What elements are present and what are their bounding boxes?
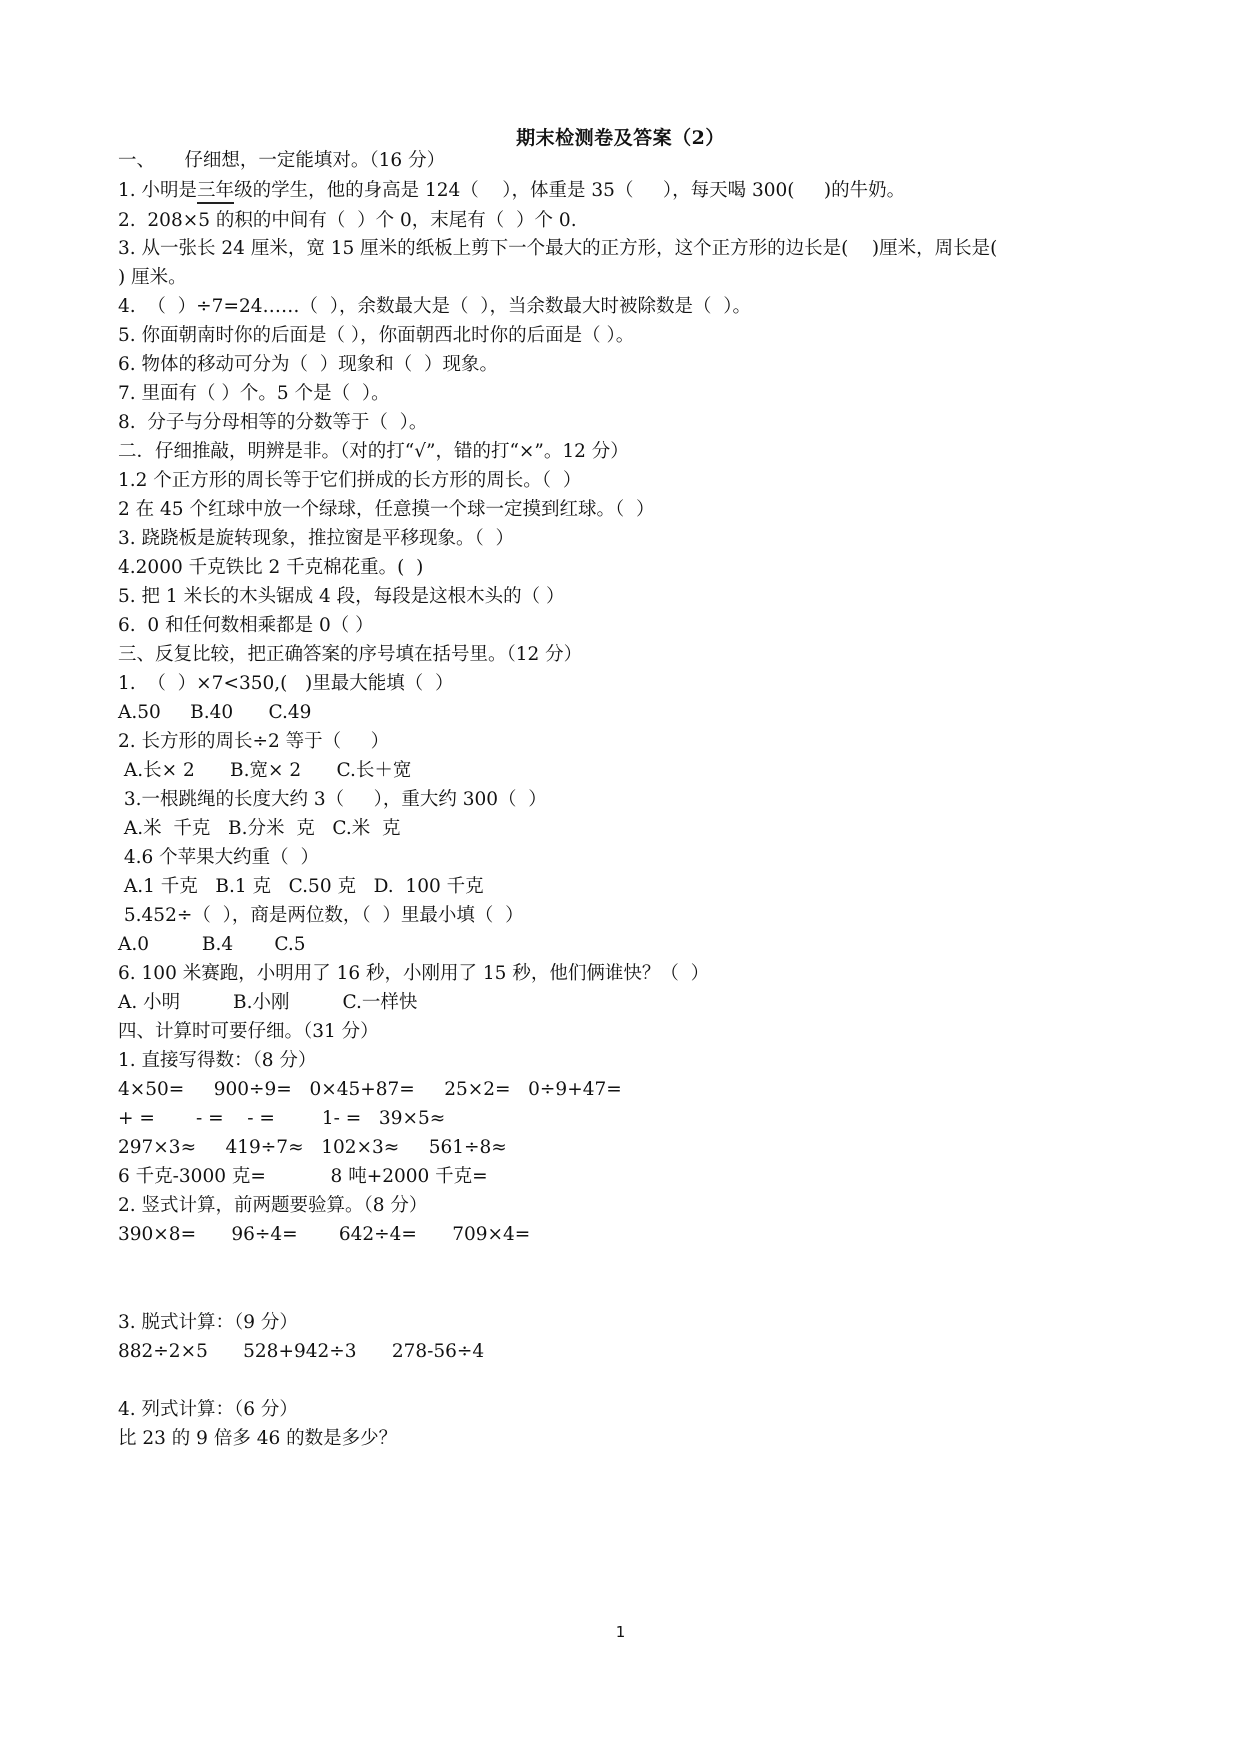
section3-line: 4.6 个苹果大约重（ ） bbox=[118, 847, 319, 869]
section3-line: 3.一根跳绳的长度大约 3（ ），重大约 300（ ） bbox=[118, 789, 547, 811]
document-title: 期末检测卷及答案（2） bbox=[0, 123, 1241, 150]
section3-line: A.1 千克 B.1 克 C.50 克 D. 100 千克 bbox=[118, 876, 484, 898]
section2-item: 3. 跷跷板是旋转现象，推拉窗是平移现象。（ ） bbox=[118, 528, 514, 550]
section3-line: A.0 B.4 C.5 bbox=[118, 934, 306, 956]
section3-line: A.50 B.40 C.49 bbox=[118, 702, 311, 724]
section3-line: 1. （ ）×7<350,( )里最大能填（ ） bbox=[118, 673, 453, 695]
section3-line: 5.452÷（ ），商是两位数，（ ）里最小填（ ） bbox=[118, 905, 524, 927]
section4-part4-line: 比 23 的 9 倍多 46 的数是多少？ bbox=[118, 1428, 397, 1450]
section1-q8: 8. 分子与分母相等的分数等于（ ）。 bbox=[118, 412, 427, 434]
section1-q3-line1: 3. 从一张长 24 厘米，宽 15 厘米的纸板上剪下一个最大的正方形，这个正方… bbox=[118, 238, 997, 260]
q1-prefix: 1. 小明是 bbox=[118, 180, 197, 201]
section4-part4-heading: 4. 列式计算：（6 分） bbox=[118, 1399, 298, 1421]
section1-q7: 7. 里面有（ ）个。5 个是（ ）。 bbox=[118, 383, 390, 405]
section3-line: A.长× 2 B.宽× 2 C.长＋宽 bbox=[118, 760, 411, 782]
section1-q6: 6. 物体的移动可分为（ ）现象和（ ）现象。 bbox=[118, 354, 498, 376]
section4-part1-line: 4×50= 900÷9= 0×45+87= 25×2= 0÷9+47= bbox=[118, 1079, 622, 1101]
section4-part2-heading: 2. 竖式计算，前两题要验算。（8 分） bbox=[118, 1195, 427, 1217]
section4-part3-heading: 3. 脱式计算：（9 分） bbox=[118, 1312, 298, 1334]
section3-line: A.米 千克 B.分米 克 C.米 克 bbox=[118, 818, 401, 840]
exam-page: 期末检测卷及答案（2） 一、 仔细想，一定能填对。（16 分） 1. 小明是三年… bbox=[0, 0, 1241, 1754]
section2-item: 5. 把 1 米长的木头锯成 4 段，每段是这根木头的（ ） bbox=[118, 586, 564, 608]
section4-part1-heading: 1. 直接写得数：（8 分） bbox=[118, 1050, 316, 1072]
section1-q1: 1. 小明是三年级的学生，他的身高是 124（ ），体重是 35（ ），每天喝 … bbox=[118, 180, 905, 202]
q1-suffix: 级的学生，他的身高是 124（ ），体重是 35（ ），每天喝 300( )的牛… bbox=[234, 180, 905, 201]
section3-line: 6. 100 米赛跑，小明用了 16 秒，小刚用了 15 秒，他们俩谁快？（ ） bbox=[118, 963, 709, 985]
section3-heading: 三、反复比较，把正确答案的序号填在括号里。（12 分） bbox=[118, 644, 582, 666]
section2-heading: 二．仔细推敲，明辨是非。（对的打“√”，错的打“×”。12 分） bbox=[118, 441, 629, 463]
section2-item: 6. 0 和任何数相乘都是 0（ ） bbox=[118, 615, 374, 637]
section4-part3-line: 882÷2×5 528+942÷3 278-56÷4 bbox=[118, 1341, 484, 1363]
q1-underlined-grade: 三年 bbox=[197, 180, 234, 204]
section3-line: A. 小明 B.小刚 C.一样快 bbox=[118, 992, 417, 1014]
section1-heading: 一、 仔细想，一定能填对。（16 分） bbox=[118, 150, 445, 172]
section1-q3-line2: ) 厘米。 bbox=[118, 267, 187, 289]
section1-q2: 2. 208×5 的积的中间有（ ）个 0，末尾有（ ）个 0. bbox=[118, 210, 577, 232]
section4-part1-line: 6 千克-3000 克= 8 吨+2000 千克= bbox=[118, 1166, 488, 1188]
section4-part1-line: 297×3≈ 419÷7≈ 102×3≈ 561÷8≈ bbox=[118, 1137, 507, 1159]
section1-q4: 4. （ ）÷7=24……（ ），余数最大是（ ），当余数最大时被除数是（ ）。 bbox=[118, 296, 751, 318]
section2-item: 2 在 45 个红球中放一个绿球，任意摸一个球一定摸到红球。（ ） bbox=[118, 499, 654, 521]
page-number: 1 bbox=[0, 1623, 1241, 1641]
section2-item: 4.2000 千克铁比 2 千克棉花重。( ) bbox=[118, 557, 423, 579]
section3-line: 2. 长方形的周长÷2 等于（ ） bbox=[118, 731, 389, 753]
section1-q5: 5. 你面朝南时你的后面是（ ），你面朝西北时你的后面是（ ）。 bbox=[118, 325, 634, 347]
section4-part2-line: 390×8= 96÷4= 642÷4= 709×4= bbox=[118, 1224, 530, 1246]
section4-part1-line: + = - = - = 1- = 39×5≈ bbox=[118, 1108, 445, 1130]
section2-item: 1.2 个正方形的周长等于它们拼成的长方形的周长。（ ） bbox=[118, 470, 581, 492]
section4-heading: 四、计算时可要仔细。（31 分） bbox=[118, 1021, 379, 1043]
